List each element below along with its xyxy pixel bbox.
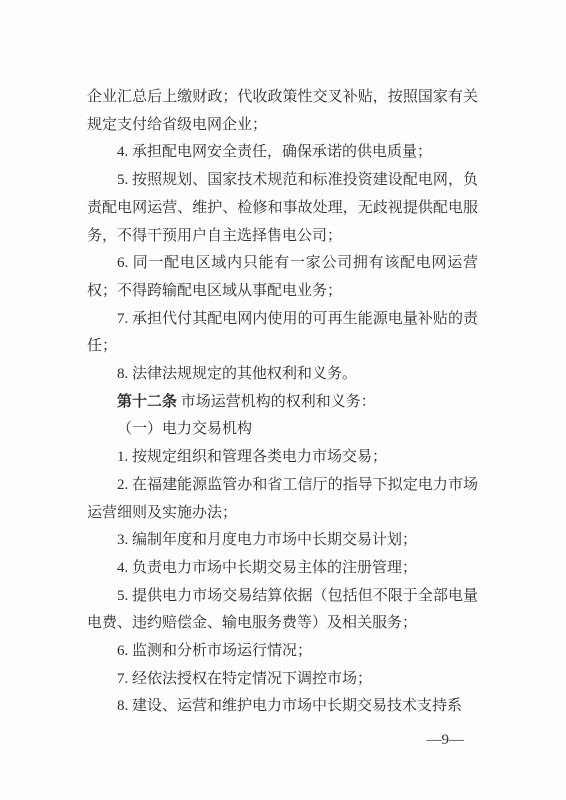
document-page: 企业汇总后上缴财政；代收政策性交叉补贴，按照国家有关规定支付给省级电网企业；4.… (0, 0, 566, 800)
paragraph: 6. 监测和分析市场运行情况； (87, 638, 478, 666)
paragraph: 第十二条 市场运营机构的权利和义务： (87, 389, 478, 417)
paragraph-text: 7. 承担代付其配电网内使用的可再生能源电量补贴的责任； (87, 311, 478, 355)
paragraph: 4. 负责电力市场中长期交易主体的注册管理； (87, 555, 478, 583)
paragraph-text: 7. 经依法授权在特定情况下调控市场； (117, 671, 372, 687)
paragraph: 7. 承担代付其配电网内使用的可再生能源电量补贴的责任； (87, 306, 478, 361)
paragraph-text: 6. 监测和分析市场运行情况； (117, 643, 312, 659)
paragraph-text: 4. 承担配电网安全责任，确保承诺的供电质量； (117, 144, 432, 160)
paragraph-text: 4. 负责电力市场中长期交易主体的注册管理； (117, 560, 417, 576)
paragraph-text: 8. 法律法规规定的其他权利和义务。 (117, 366, 357, 382)
paragraph: 8. 法律法规规定的其他权利和义务。 (87, 361, 478, 389)
paragraph-text: （一）电力交易机构 (117, 421, 252, 437)
page-number: —9— (427, 732, 465, 749)
paragraph-text: 3. 编制年度和月度电力市场中长期交易计划； (117, 532, 417, 548)
paragraph-text: 市场运营机构的权利和义务： (177, 394, 376, 410)
paragraph: 8. 建设、运营和维护电力市场中长期交易技术支持系 (87, 693, 478, 721)
article-number: 第十二条 (117, 394, 177, 410)
paragraph: 7. 经依法授权在特定情况下调控市场； (87, 666, 478, 694)
paragraph: 企业汇总后上缴财政；代收政策性交叉补贴，按照国家有关规定支付给省级电网企业； (87, 84, 478, 139)
paragraph-text: 2. 在福建能源监管办和省工信厅的指导下拟定电力市场运营细则及实施办法； (87, 477, 478, 521)
paragraph: 2. 在福建能源监管办和省工信厅的指导下拟定电力市场运营细则及实施办法； (87, 472, 478, 527)
paragraph-text: 6. 同一配电区域内只能有一家公司拥有该配电网运营权；不得跨输配电区域从事配电业… (87, 255, 478, 299)
paragraph-text: 1. 按规定组织和管理各类电力市场交易； (117, 449, 387, 465)
paragraph: 5. 提供电力市场交易结算依据（包括但不限于全部电量电费、违约赔偿金、输电服务费… (87, 583, 478, 638)
paragraph: 5. 按照规划、国家技术规范和标准投资建设配电网，负责配电网运营、维护、检修和事… (87, 167, 478, 250)
paragraph-text: 5. 按照规划、国家技术规范和标准投资建设配电网，负责配电网运营、维护、检修和事… (87, 172, 478, 243)
paragraph-text: 企业汇总后上缴财政；代收政策性交叉补贴，按照国家有关规定支付给省级电网企业； (87, 89, 478, 133)
paragraph: （一）电力交易机构 (87, 416, 478, 444)
paragraph: 1. 按规定组织和管理各类电力市场交易； (87, 444, 478, 472)
paragraph: 6. 同一配电区域内只能有一家公司拥有该配电网运营权；不得跨输配电区域从事配电业… (87, 250, 478, 305)
paragraph-text: 5. 提供电力市场交易结算依据（包括但不限于全部电量电费、违约赔偿金、输电服务费… (87, 588, 478, 632)
paragraph: 4. 承担配电网安全责任，确保承诺的供电质量； (87, 139, 478, 167)
paragraph: 3. 编制年度和月度电力市场中长期交易计划； (87, 527, 478, 555)
paragraph-text: 8. 建设、运营和维护电力市场中长期交易技术支持系 (117, 698, 462, 714)
document-body: 企业汇总后上缴财政；代收政策性交叉补贴，按照国家有关规定支付给省级电网企业；4.… (87, 84, 478, 721)
